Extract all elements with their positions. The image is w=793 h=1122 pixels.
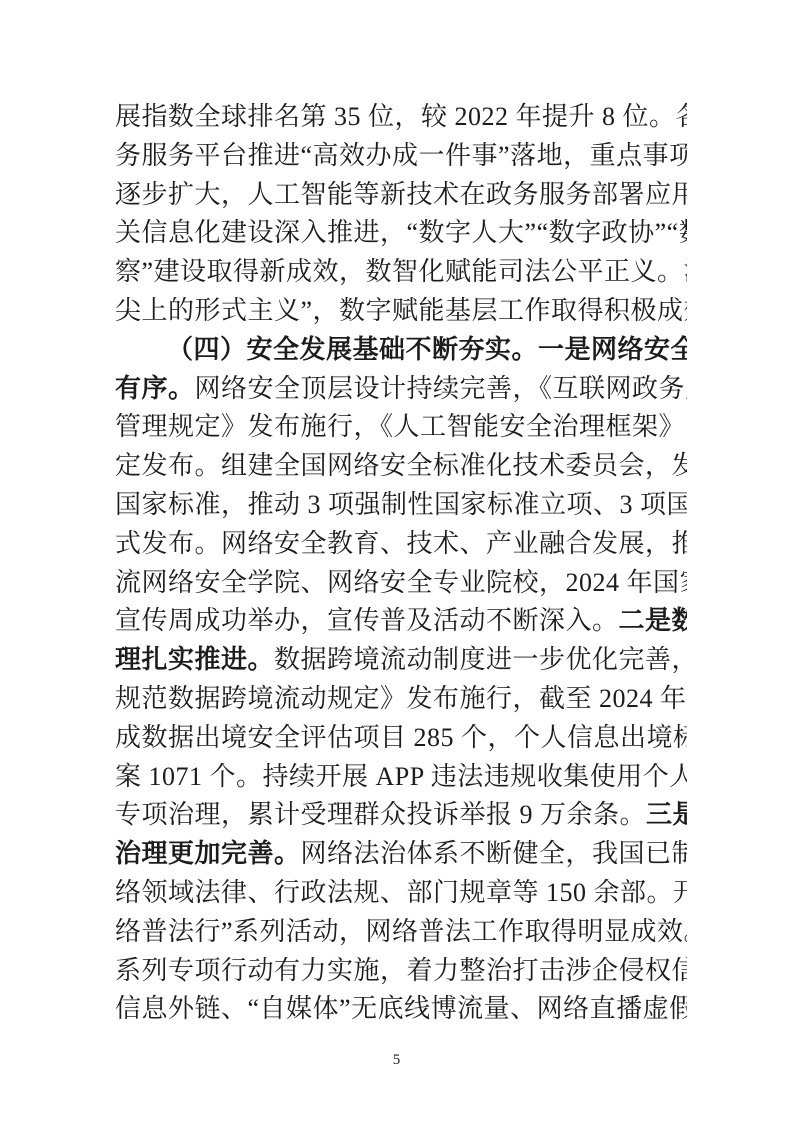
text-segment: 络领域法律、行政法规、部门规章等 150 余部。开展“全国网	[115, 878, 687, 907]
text-segment: 流网络安全学院、网络安全专业院校，2024 年国家网络安全	[115, 568, 687, 597]
text-line: 流网络安全学院、网络安全专业院校，2024 年国家网络安全	[115, 564, 687, 603]
text-segment: 国家标准，推动 3 项强制性国家标准立项、3 项国际标准正	[115, 490, 687, 519]
text-line: 理扎实推进。数据跨境流动制度进一步优化完善，《促进和	[115, 641, 687, 680]
bold-text-segment: 三是网络综合	[646, 800, 687, 829]
text-line: 有序。网络安全顶层设计持续完善，《互联网政务应用安全	[115, 370, 687, 409]
text-segment: 展指数全球排名第 35 位，较 2022 年提升 8 位。各地依托政	[115, 102, 687, 131]
bold-text-segment: 治理更加完善。	[115, 839, 301, 868]
text-line: 逐步扩大，人工智能等新技术在政务服务部署应用。党政机	[115, 176, 687, 215]
text-segment: 信息外链、“自媒体”无底线博流量、网络直播虚假和低俗信	[115, 994, 687, 1023]
text-line: 规范数据跨境流动规定》发布施行，截至 2024 年底，共完	[115, 680, 687, 719]
text-segment: 宣传周成功举办，宣传普及活动不断深入。	[115, 606, 619, 635]
text-line: 尖上的形式主义”，数字赋能基层工作取得积极成效。	[115, 292, 687, 331]
text-line: 定发布。组建全国网络安全标准化技术委员会，发布 36 项	[115, 447, 687, 486]
text-line: 络领域法律、行政法规、部门规章等 150 余部。开展“全国网	[115, 874, 687, 913]
text-segment: 案 1071 个。持续开展 APP 违法违规收集使用个人信息问题	[115, 762, 687, 791]
text-line: （四）安全发展基础不断夯实。一是网络安全保障有力	[115, 331, 687, 370]
document-body: 展指数全球排名第 35 位，较 2022 年提升 8 位。各地依托政务服务平台推…	[115, 98, 687, 1029]
text-line: 式发布。网络安全教育、技术、产业融合发展，推进建设一	[115, 525, 687, 564]
text-segment: 网络安全顶层设计持续完善，《互联网政务应用安全	[195, 374, 687, 403]
text-segment: 数据跨境流动制度进一步优化完善，《促进和	[274, 645, 687, 674]
text-line: 关信息化建设深入推进，“数字人大”“数字政协”“数字纪检监	[115, 214, 687, 253]
text-line: 国家标准，推动 3 项强制性国家标准立项、3 项国际标准正	[115, 486, 687, 525]
text-line: 宣传周成功举办，宣传普及活动不断深入。二是数据安全治	[115, 602, 687, 641]
text-line: 治理更加完善。网络法治体系不断健全，我国已制定出台网	[115, 835, 687, 874]
text-segment: 管理规定》发布施行，《人工智能安全治理框架》1.0 版制	[115, 412, 687, 441]
document-page: 展指数全球排名第 35 位，较 2022 年提升 8 位。各地依托政务服务平台推…	[0, 0, 793, 1122]
text-line: 管理规定》发布施行，《人工智能安全治理框架》1.0 版制	[115, 408, 687, 447]
bold-text-segment: （四）安全发展基础不断夯实。一是网络安全保障有力	[167, 335, 687, 364]
text-line: 案 1071 个。持续开展 APP 违法违规收集使用个人信息问题	[115, 758, 687, 797]
text-segment: 察”建设取得新成效，数智化赋能司法公平正义。深化整治“指	[115, 257, 687, 286]
text-segment: 成数据出境安全评估项目 285 个，个人信息出境标准合同备	[115, 723, 687, 752]
text-segment: 定发布。组建全国网络安全标准化技术委员会，发布 36 项	[115, 451, 687, 480]
bold-text-segment: 有序。	[115, 374, 195, 403]
text-line: 务服务平台推进“高效办成一件事”落地，重点事项覆盖范围	[115, 137, 687, 176]
text-segment: 专项治理，累计受理群众投诉举报 9 万余条。	[115, 800, 646, 829]
text-line: 系列专项行动有力实施，着力整治打击涉企侵权信息、违法	[115, 952, 687, 991]
text-segment: 关信息化建设深入推进，“数字人大”“数字政协”“数字纪检监	[115, 218, 687, 247]
text-line: 展指数全球排名第 35 位，较 2022 年提升 8 位。各地依托政	[115, 98, 687, 137]
text-line: 成数据出境安全评估项目 285 个，个人信息出境标准合同备	[115, 719, 687, 758]
text-line: 专项治理，累计受理群众投诉举报 9 万余条。三是网络综合	[115, 796, 687, 835]
text-segment: 务服务平台推进“高效办成一件事”落地，重点事项覆盖范围	[115, 141, 687, 170]
text-segment: 逐步扩大，人工智能等新技术在政务服务部署应用。党政机	[115, 180, 687, 209]
text-line: 信息外链、“自媒体”无底线博流量、网络直播虚假和低俗信	[115, 990, 687, 1029]
text-segment: 式发布。网络安全教育、技术、产业融合发展，推进建设一	[115, 529, 687, 558]
bold-text-segment: 二是数据安全治	[619, 606, 687, 635]
text-segment: 尖上的形式主义”，数字赋能基层工作取得积极成效。	[115, 296, 687, 325]
text-line: 络普法行”系列活动，网络普法工作取得明显成效。“清朗”	[115, 913, 687, 952]
text-segment: 系列专项行动有力实施，着力整治打击涉企侵权信息、违法	[115, 956, 687, 985]
text-segment: 规范数据跨境流动规定》发布施行，截至 2024 年底，共完	[115, 684, 687, 713]
text-segment: 络普法行”系列活动，网络普法工作取得明显成效。“清朗”	[115, 917, 687, 946]
text-line: 察”建设取得新成效，数智化赋能司法公平正义。深化整治“指	[115, 253, 687, 292]
text-segment: 网络法治体系不断健全，我国已制定出台网	[301, 839, 687, 868]
page-number: 5	[0, 1052, 793, 1069]
bold-text-segment: 理扎实推进。	[115, 645, 274, 674]
